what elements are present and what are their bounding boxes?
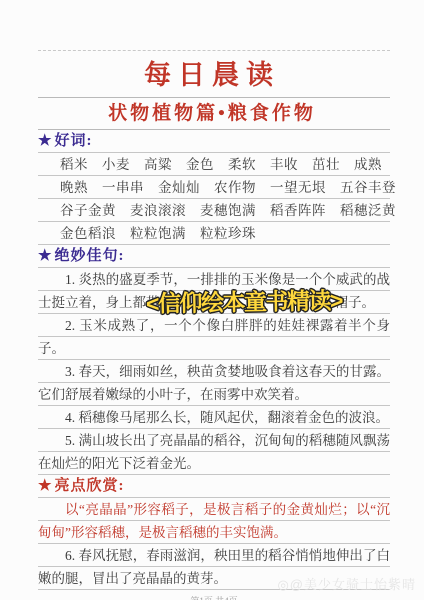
highlights-heading: ★亮点欣赏: [38, 475, 390, 498]
sentences-heading: ★绝妙佳句: [38, 245, 390, 268]
watermark-corner: ◎@美少女骑士怡紫晴 [277, 574, 416, 593]
word-row: 谷子金黄 麦浪滚滚 麦穗饱满 稻香阵阵 稻穗泛黄 [38, 199, 390, 222]
sentence-item: 2. 玉米成熟了，一个个像白胖胖的娃娃裸露着半个身子。 [38, 314, 390, 360]
page-number: 第1页 共4页 [190, 594, 237, 600]
worksheet-page: 每日晨读 状物植物篇•粮食作物 ★好词: 稻米 小麦 高粱 金色 柔软 丰收 茁… [0, 0, 424, 600]
page-subtitle: 状物植物篇•粮食作物 [38, 98, 386, 129]
content-area: ★好词: 稻米 小麦 高粱 金色 柔软 丰收 茁壮 成熟 晚熟 一串串 金灿灿 … [38, 130, 390, 590]
sentences-label: 绝妙佳句: [54, 248, 124, 264]
word-row: 金色稻浪 粒粒饱满 粒粒珍珠 [38, 222, 390, 245]
sentence-item: 3. 春天，细雨如丝，秧苗贪婪地吸食着这春天的甘露。它们舒展着嫩绿的小叶子，在雨… [38, 360, 390, 406]
highlight-analysis: 以“亮晶晶”形容稻子，是极言稻子的金黄灿烂；以“沉甸甸”形容稻穗，是极言稻穗的丰… [38, 498, 390, 544]
highlights-label: 亮点欣赏: [54, 478, 124, 494]
word-row: 稻米 小麦 高粱 金色 柔软 丰收 茁壮 成熟 [38, 153, 390, 176]
word-row: 晚熟 一串串 金灿灿 农作物 一望无垠 五谷丰登 [38, 176, 390, 199]
page-footer: 第1页 共4页 [38, 594, 390, 600]
good-words-heading: ★好词: [38, 130, 390, 153]
page-title: 每日晨读 [38, 51, 386, 97]
watermark-center: <信仰绘本童书精读> [146, 282, 342, 318]
star-icon: ★ [38, 478, 52, 494]
good-words-label: 好词: [54, 133, 92, 149]
star-icon: ★ [38, 248, 52, 264]
sentence-item: 4. 稻穗像马尾那么长，随风起伏，翻滚着金色的波浪。 [38, 406, 390, 429]
sentence-item: 5. 满山坡长出了亮晶晶的稻谷，沉甸甸的稻穗随风飘荡在灿烂的阳光下泛着金光。 [38, 429, 390, 475]
star-icon: ★ [38, 133, 52, 149]
